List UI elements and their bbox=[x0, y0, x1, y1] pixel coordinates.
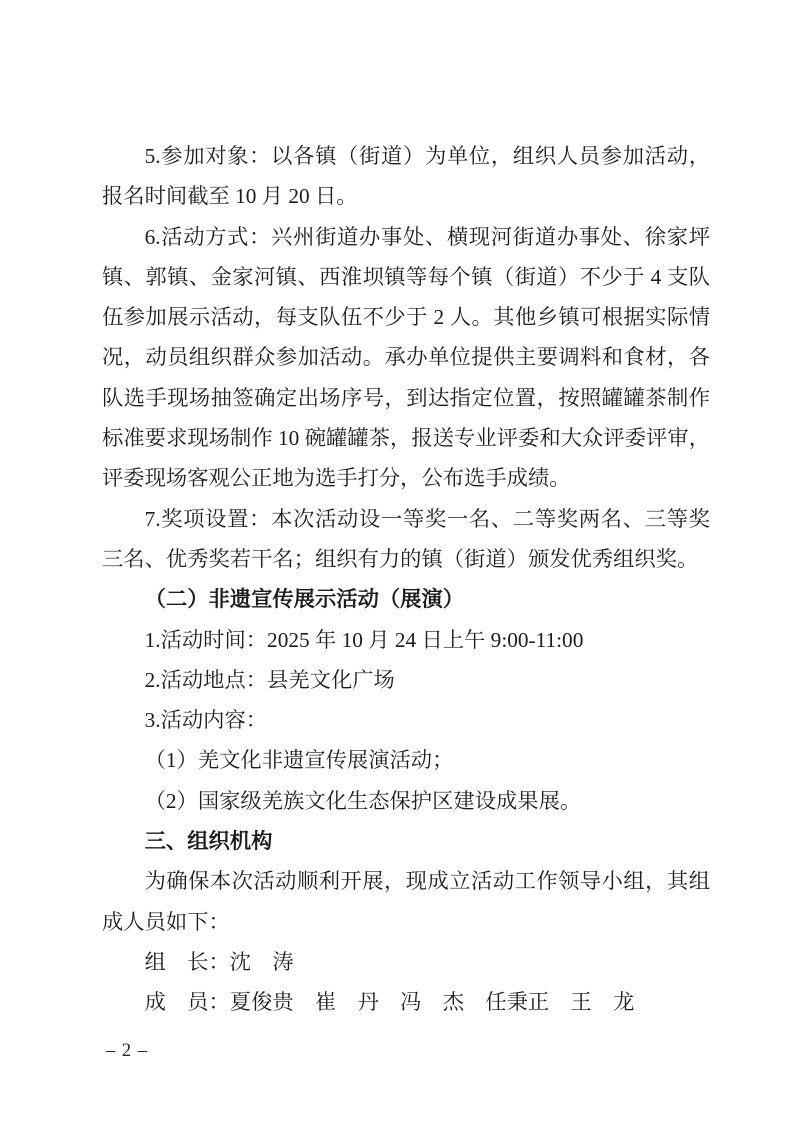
para-item-1-qiang-culture-performance: （1）羌文化非遗宣传展演活动； bbox=[102, 740, 710, 780]
para-3-activity-content: 3.活动内容： bbox=[102, 700, 710, 740]
document-page: 5.参加对象：以各镇（街道）为单位，组织人员参加活动，报名时间截至 10 月 2… bbox=[0, 0, 793, 1122]
para-5-participants: 5.参加对象：以各镇（街道）为单位，组织人员参加活动，报名时间截至 10 月 2… bbox=[102, 136, 710, 217]
para-6-activity-method: 6.活动方式：兴州街道办事处、横现河街道办事处、徐家坪镇、郭镇、金家河镇、西淮坝… bbox=[102, 217, 710, 499]
para-1-activity-time: 1.活动时间：2025 年 10 月 24 日上午 9:00-11:00 bbox=[102, 620, 710, 660]
para-leading-group-intro: 为确保本次活动顺利开展，现成立活动工作领导小组，其组成人员如下： bbox=[102, 861, 710, 942]
heading-section-3-organization: 三、组织机构 bbox=[102, 821, 710, 861]
para-group-leader: 组 长：沈 涛 bbox=[102, 942, 710, 982]
para-7-awards: 7.奖项设置：本次活动设一等奖一名、二等奖两名、三等奖三名、优秀奖若干名；组织有… bbox=[102, 499, 710, 580]
heading-section-2-heritage-performance: （二）非遗宣传展示活动（展演） bbox=[102, 579, 710, 619]
page-number: – 2 – bbox=[106, 1040, 148, 1062]
para-item-2-ecology-reserve-exhibition: （2）国家级羌族文化生态保护区建设成果展。 bbox=[102, 781, 710, 821]
para-2-activity-location: 2.活动地点：县羌文化广场 bbox=[102, 660, 710, 700]
document-body: 5.参加对象：以各镇（街道）为单位，组织人员参加活动，报名时间截至 10 月 2… bbox=[102, 136, 710, 1023]
para-group-members: 成 员：夏俊贵 崔 丹 冯 杰 任秉正 王 龙 bbox=[102, 982, 710, 1022]
